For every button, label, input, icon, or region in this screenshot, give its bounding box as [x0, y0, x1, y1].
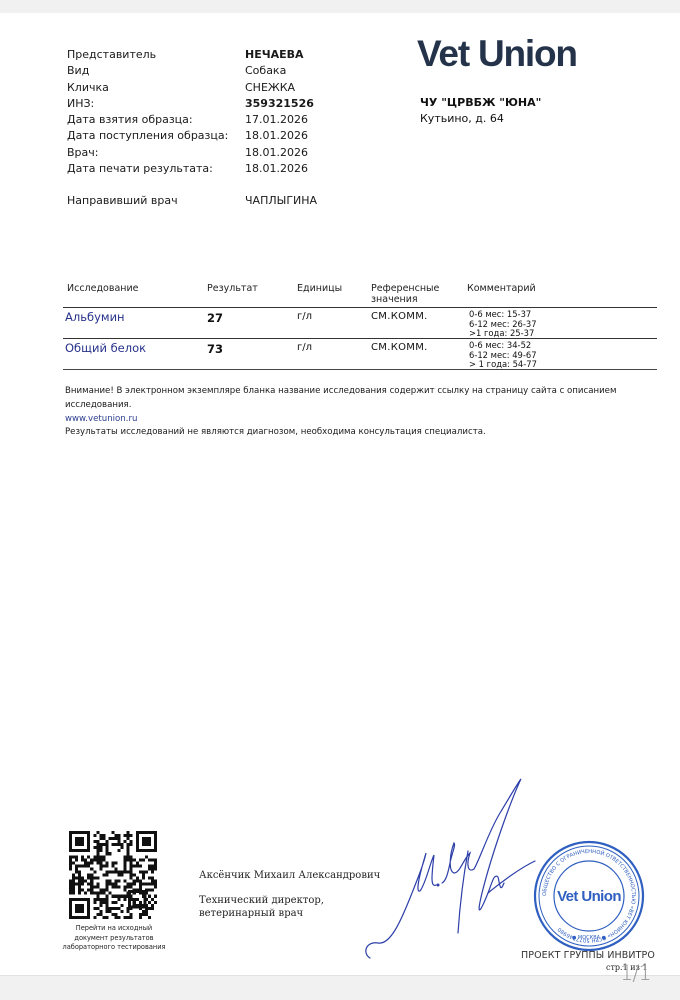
project-label: ПРОЕКТ ГРУППЫ ИНВИТРО	[521, 950, 655, 961]
warning-note: Внимание! В электронном экземпляре бланк…	[65, 385, 680, 413]
table-row: Альбумин 27 г/л СМ.КОММ. 0-6 мес: 15-376…	[63, 307, 657, 338]
clinic-name: ЧУ "ЦРВБЖ "ЮНА"	[420, 95, 541, 111]
info-label: Врач:	[67, 145, 245, 161]
referring-doctor-row: Направивший врач ЧАПЛЫГИНА	[67, 193, 317, 209]
info-label: Дата поступления образца:	[67, 128, 245, 144]
referring-doctor-value: ЧАПЛЫГИНА	[245, 193, 317, 209]
info-value: Собака	[245, 63, 286, 79]
reference: СМ.КОММ.	[371, 308, 467, 338]
info-row: Дата взятия образца: 17.01.2026	[67, 112, 317, 128]
info-label: Вид	[67, 63, 245, 79]
reference: СМ.КОММ.	[371, 339, 467, 369]
spacer	[67, 177, 317, 193]
info-label: ИНЗ:	[67, 96, 245, 112]
qr-code[interactable]	[69, 831, 157, 919]
info-label: Кличка	[67, 80, 245, 96]
info-row: Вид Собака	[67, 63, 317, 79]
info-label: Дата взятия образца:	[67, 112, 245, 128]
results-table: Исследование Результат Единицы Референсн…	[63, 281, 657, 370]
info-value: 18.01.2026	[245, 145, 308, 161]
col-test: Исследование	[67, 281, 207, 307]
info-label: Дата печати результата:	[67, 161, 245, 177]
referring-doctor-label: Направивший врач	[67, 193, 245, 209]
page-indicator: 1/1	[620, 961, 651, 985]
info-label: Представитель	[67, 47, 245, 63]
col-reference: Референсные значения	[371, 281, 467, 307]
result-value: 73	[205, 339, 297, 369]
info-row: ИНЗ: 359321526	[67, 96, 317, 112]
notes: Внимание! В электронном экземпляре бланк…	[65, 385, 680, 440]
info-value: 359321526	[245, 96, 314, 112]
col-units: Единицы	[297, 281, 371, 307]
website-link[interactable]: www.vetunion.ru	[65, 414, 137, 424]
comment: 0-6 мес: 34-526-12 мес: 49-67> 1 года: 5…	[467, 339, 657, 369]
patient-info: Представитель НЕЧАЕВАВид СобакаКличка СН…	[67, 47, 317, 210]
document-page: Представитель НЕЧАЕВАВид СобакаКличка СН…	[0, 13, 680, 976]
units: г/л	[297, 308, 371, 338]
signer-position: Технический директор,	[199, 894, 380, 908]
info-row: Врач: 18.01.2026	[67, 145, 317, 161]
signer-block: Аксёнчик Михаил Александрович Технически…	[199, 869, 380, 921]
clinic-info: ЧУ "ЦРВБЖ "ЮНА" Кутьино, д. 64	[420, 95, 541, 127]
comment: 0-6 мес: 15-376-12 мес: 26-37>1 года: 25…	[467, 308, 657, 338]
stamp-icon: ОБЩЕСТВО С ОГРАНИЧЕННОЙ ОТВЕТСТВЕННОСТЬЮ…	[533, 840, 645, 952]
svg-text:Vet Union: Vet Union	[557, 888, 621, 905]
signer-name: Аксёнчик Михаил Александрович	[199, 869, 380, 883]
test-name-link[interactable]: Альбумин	[65, 310, 125, 324]
disclaimer-note: Результаты исследований не являются диаг…	[65, 426, 680, 440]
info-row: Кличка СНЕЖКА	[67, 80, 317, 96]
units: г/л	[297, 339, 371, 369]
info-value: 18.01.2026	[245, 128, 308, 144]
signer-position-2: ветеринарный врач	[199, 907, 380, 921]
svg-text:● МОСКВА ●: ● МОСКВА ●	[572, 935, 607, 941]
vet-union-logo: Vet Union	[417, 33, 577, 75]
info-value: СНЕЖКА	[245, 80, 295, 96]
info-row: Дата поступления образца: 18.01.2026	[67, 128, 317, 144]
qr-caption: Перейти на исходный документ результатов…	[62, 924, 166, 953]
comment-line: >1 года: 25-37	[469, 329, 657, 339]
info-value: 17.01.2026	[245, 112, 308, 128]
comment-line: > 1 года: 54-77	[469, 360, 657, 370]
result-value: 27	[205, 308, 297, 338]
table-header: Исследование Результат Единицы Референсн…	[63, 281, 657, 307]
info-row: Представитель НЕЧАЕВА	[67, 47, 317, 63]
clinic-address: Кутьино, д. 64	[420, 111, 541, 127]
info-value: НЕЧАЕВА	[245, 47, 304, 63]
table-row: Общий белок 73 г/л СМ.КОММ. 0-6 мес: 34-…	[63, 338, 657, 370]
signature-icon	[360, 773, 540, 968]
col-result: Результат	[207, 281, 297, 307]
info-value: 18.01.2026	[245, 161, 308, 177]
col-comment: Комментарий	[467, 281, 657, 307]
info-row: Дата печати результата: 18.01.2026	[67, 161, 317, 177]
test-name-link[interactable]: Общий белок	[65, 341, 146, 355]
